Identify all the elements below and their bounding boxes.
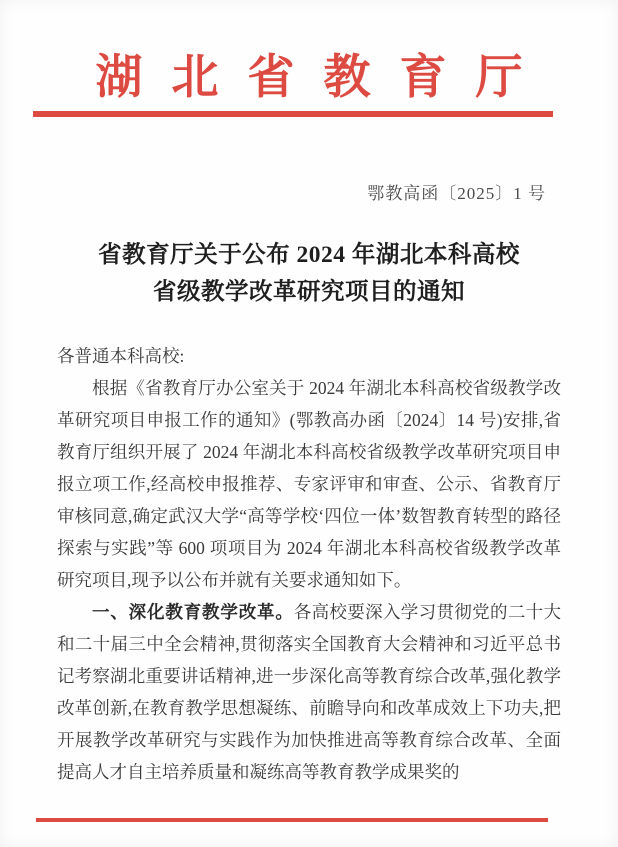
header-double-rule (33, 111, 553, 117)
notice-title: 省教育厅关于公布 2024 年湖北本科高校 省级教学改革研究项目的通知 (0, 237, 618, 311)
paragraph-intro: 根据《省教育厅办公室关于 2024 年湖北本科高校省级教学改革研究项目申报工作的… (57, 372, 561, 596)
notice-title-line1: 省教育厅关于公布 2024 年湖北本科高校 (0, 237, 618, 274)
salutation: 各普通本科高校: (57, 340, 561, 372)
footer-double-rule (36, 818, 548, 822)
document-page: 湖北省教育厅 鄂教高函〔2025〕1 号 省教育厅关于公布 2024 年湖北本科… (0, 0, 618, 847)
section-1-text: 各高校要深入学习贯彻党的二十大和二十届三中全会精神,贯彻落实全国教育大会精神和习… (57, 602, 561, 782)
paragraph-section-1: 一、深化教育教学改革。各高校要深入学习贯彻党的二十大和二十届三中全会精神,贯彻落… (57, 596, 561, 788)
agency-name: 湖北省教育厅 (0, 52, 618, 104)
notice-body: 各普通本科高校: 根据《省教育厅办公室关于 2024 年湖北本科高校省级教学改革… (57, 340, 561, 788)
document-number: 鄂教高函〔2025〕1 号 (367, 183, 546, 204)
notice-title-line2: 省级教学改革研究项目的通知 (0, 274, 618, 311)
section-1-heading: 一、深化教育教学改革。 (92, 602, 294, 622)
